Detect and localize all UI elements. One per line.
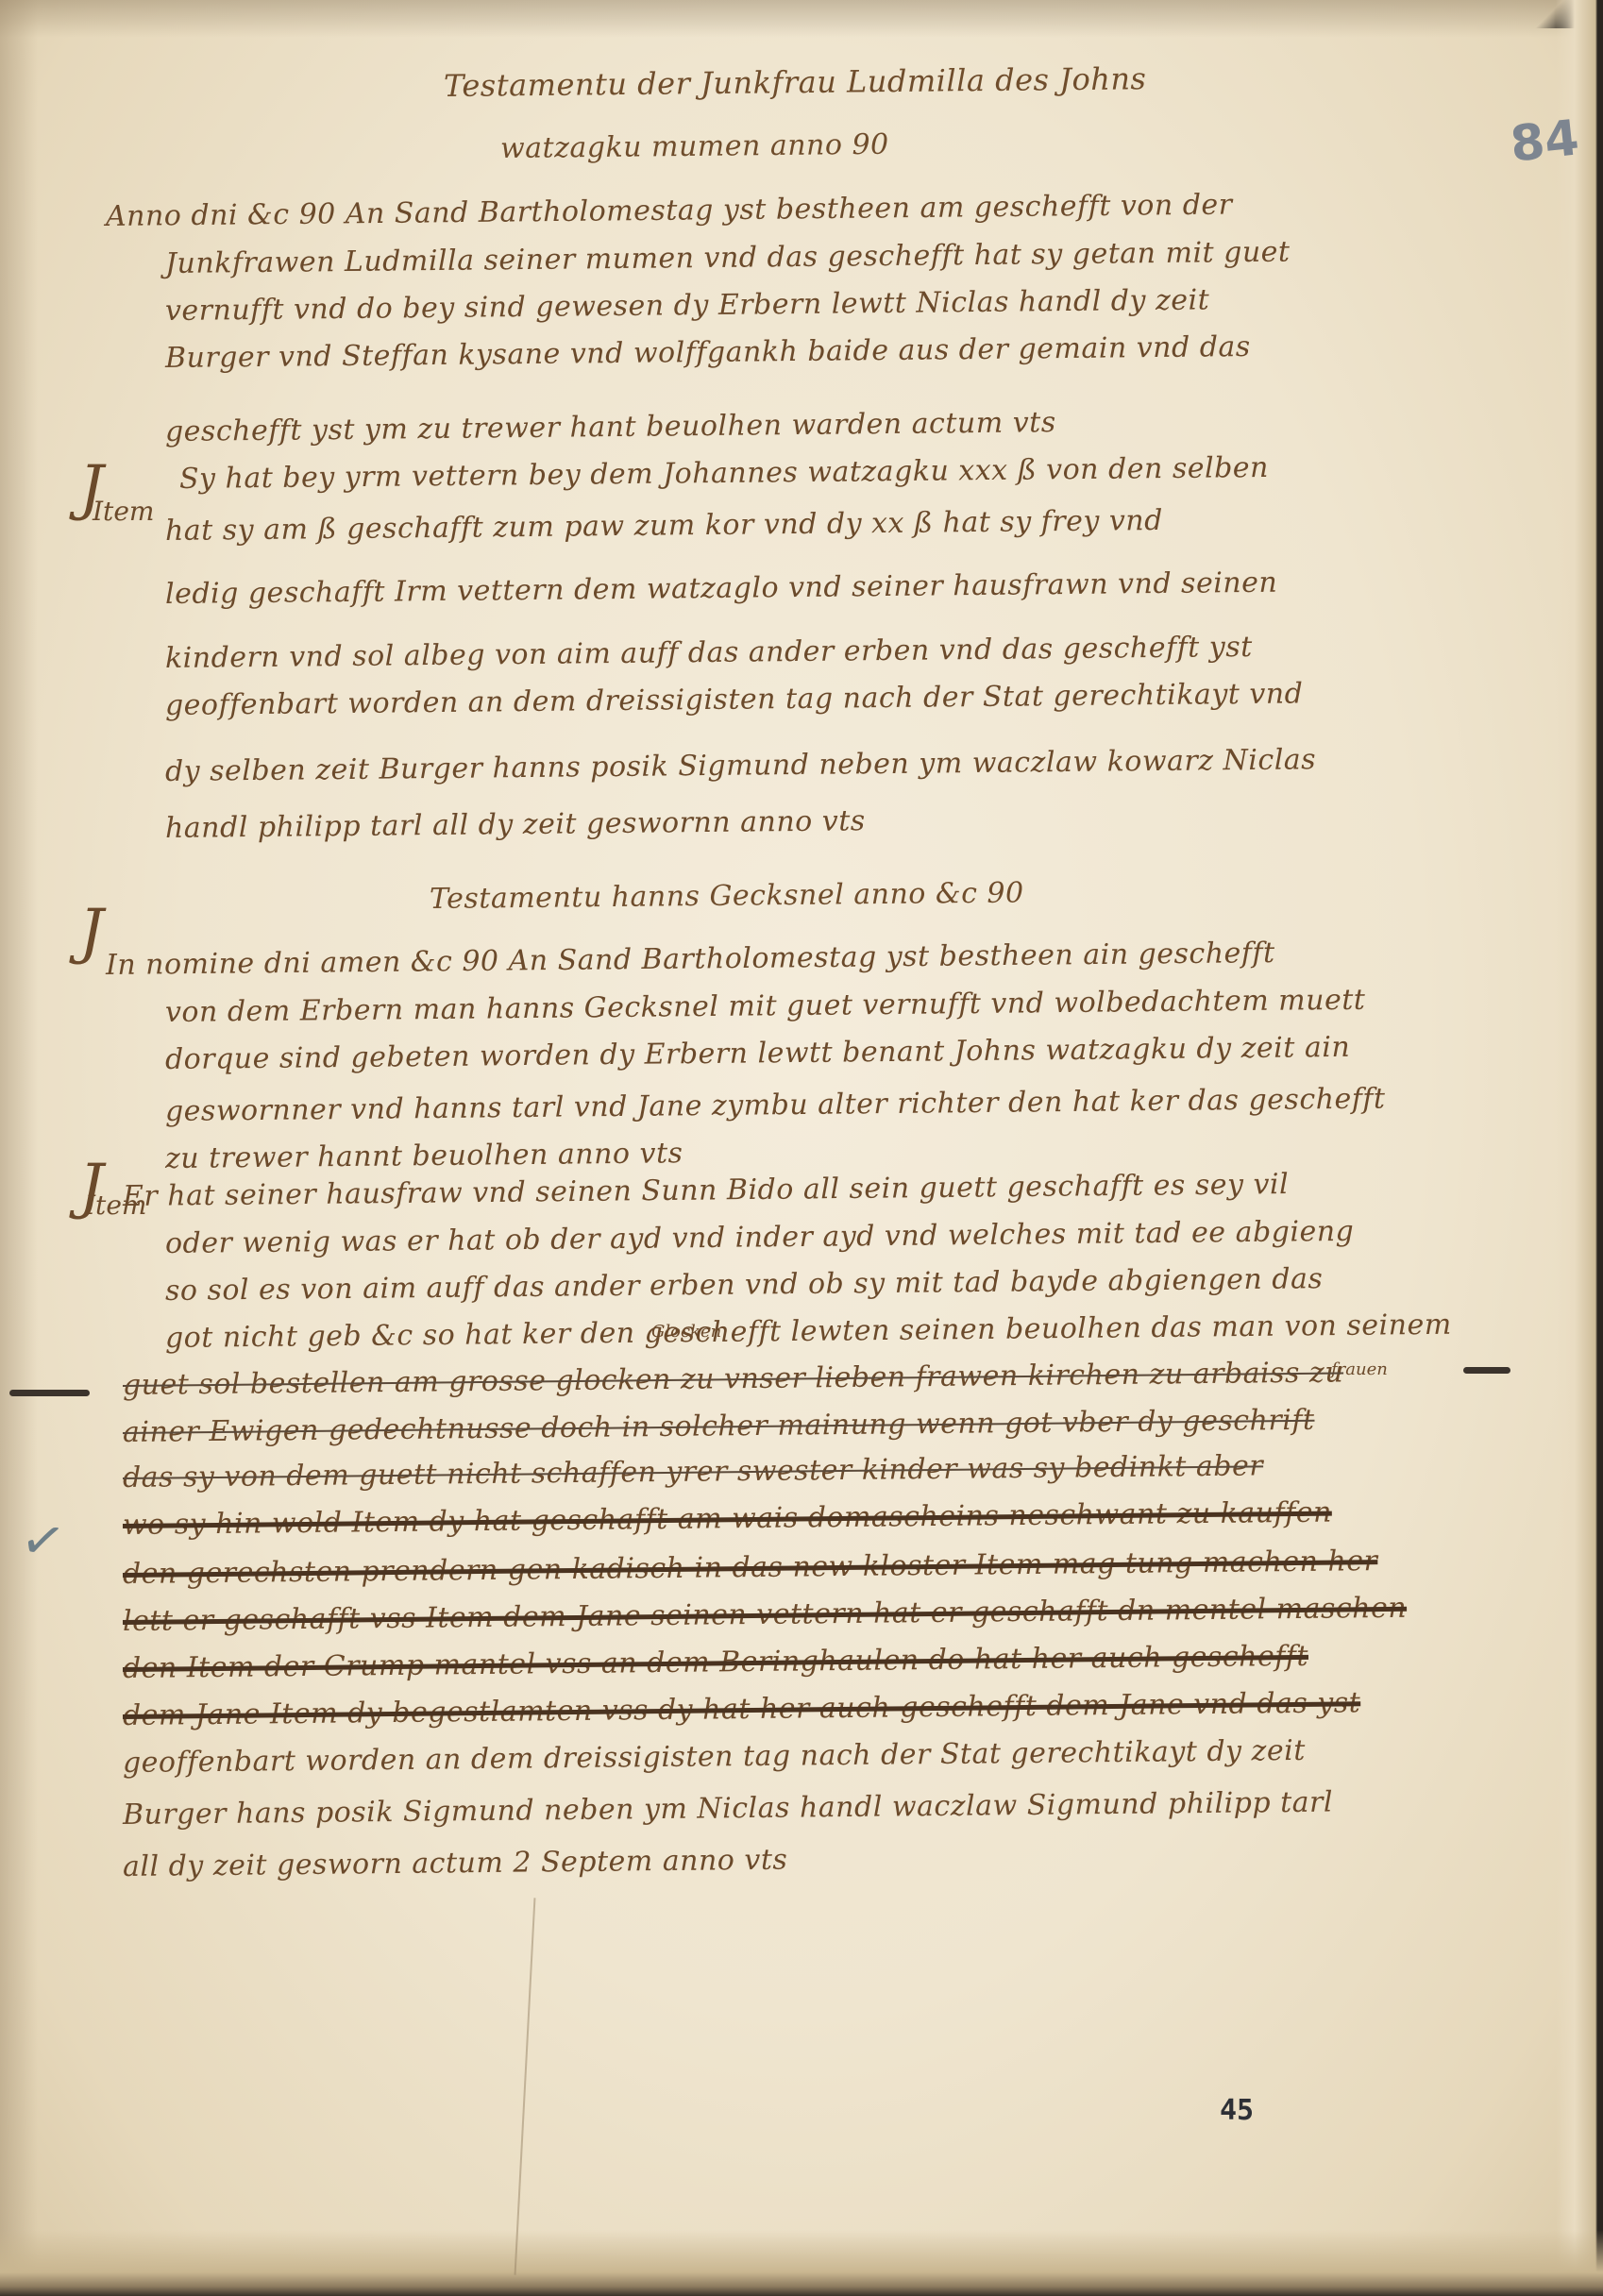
entry-2-line-6: dy selben zeit Burger hanns posik Sigmun… xyxy=(165,743,1316,788)
cancelled-line-3: das sy von dem guett nicht schaffen yrer… xyxy=(123,1449,1263,1494)
entry-3-line-3: dorque sind gebeten worden dy Erbern lew… xyxy=(165,1031,1351,1076)
entry-4-line-4: got nicht geb &c so hat ker den gescheff… xyxy=(165,1308,1452,1355)
closing-line-2: Burger hans posik Sigmund neben ym Nicla… xyxy=(123,1786,1333,1832)
cancelled-line-2: ainer Ewigen gedechtnusse doch in solche… xyxy=(123,1404,1315,1449)
margin-check-icon: ✓ xyxy=(16,1507,70,1575)
interlinear-note-glocken: Glocken xyxy=(651,1322,721,1342)
entry-4-line-3: so sol es von aim auff das ander erben v… xyxy=(165,1262,1324,1308)
entry-2-line-7: handl philipp tarl all dy zeit geswornn … xyxy=(165,804,866,845)
entry-1-heading-line-2: watzagku mumen anno 90 xyxy=(500,128,889,165)
cancelled-line-7: den Item der Crump mantel vss an dem Ber… xyxy=(123,1640,1308,1685)
entry-1-line-3: vernufft vnd do bey sind gewesen dy Erbe… xyxy=(165,283,1210,328)
entry-3-line-5: zu trewer hannt beuolhen anno vts xyxy=(165,1137,683,1175)
margin-dash-right xyxy=(1463,1367,1510,1374)
margin-dash-left xyxy=(9,1390,90,1396)
margin-item-marker: Item xyxy=(93,496,154,527)
closing-line-1: geoffenbart worden an dem dreissigisten … xyxy=(123,1734,1306,1780)
entry-1-line-1: Anno dni &c 90 An Sand Bartholomestag ys… xyxy=(106,189,1233,233)
entry-4-line-2: oder wenig was er hat ob der ayd vnd ind… xyxy=(165,1215,1355,1260)
manuscript-page: 84 Testamentu der Junkfrau Ludmilla des … xyxy=(0,0,1603,2296)
entry-3-line-1: In nomine dni amen &c 90 An Sand Barthol… xyxy=(106,937,1275,982)
entry-2-line-5: geoffenbart worden an dem dreissigisten … xyxy=(165,677,1304,722)
archive-page-stamp: 45 xyxy=(1220,2094,1254,2127)
page-right-edge xyxy=(1556,0,1603,2296)
folio-number: 84 xyxy=(1508,110,1581,173)
page-gutter xyxy=(0,0,38,2296)
entry-1-line-5: geschefft yst ym zu trewer hant beuolhen… xyxy=(165,406,1056,448)
entry-2-line-1: Sy hat bey yrm vettern bey dem Johannes … xyxy=(179,451,1269,496)
entry-2-line-2: hat sy am ß geschafft zum paw zum kor vn… xyxy=(165,504,1163,548)
entry-1-line-4: Burger vnd Steffan kysane vnd wolffgankh… xyxy=(165,330,1251,375)
page-bottom-edge xyxy=(0,2230,1603,2296)
entry-2-line-4: kindern vnd sol albeg von aim auff das a… xyxy=(165,631,1253,675)
entry-1-heading-line-1: Testamentu der Junkfrau Ludmilla des Joh… xyxy=(444,60,1147,104)
entry-3-line-4: geswornner vnd hanns tarl vnd Jane zymbu… xyxy=(165,1082,1386,1128)
in-initial: J xyxy=(79,897,104,967)
cancelled-line-8: dem Jane Item dy begestlamten vss dy hat… xyxy=(123,1686,1361,1732)
entry-2-line-3: ledig geschafft Irm vettern dem watzaglo… xyxy=(165,566,1278,611)
closing-line-3: all dy zeit gesworn actum 2 Septem anno … xyxy=(123,1844,788,1883)
entry-3-heading: Testamentu hanns Gecksnel anno &c 90 xyxy=(430,876,1024,916)
entry-3-line-2: von dem Erbern man hanns Gecksnel mit gu… xyxy=(165,984,1366,1029)
paper-crease xyxy=(515,1898,536,2275)
cancelled-line-4: wo sy hin wold Item dy hat geschafft am … xyxy=(123,1496,1332,1542)
cancelled-line-6: lett er geschafft vss Item dem Jane sein… xyxy=(123,1592,1407,1638)
page-top-shadow xyxy=(0,0,1603,38)
entry-4-line-1: Er hat seiner hausfraw vnd seinen Sunn B… xyxy=(123,1168,1289,1213)
cancelled-line-1: guet sol bestellen am grosse glocken zu … xyxy=(123,1356,1343,1402)
cancelled-line-5: den gerechsten prendern gen kadisch in d… xyxy=(123,1545,1378,1591)
entry-1-line-2: Junkfrawen Ludmilla seiner mumen vnd das… xyxy=(165,236,1291,280)
